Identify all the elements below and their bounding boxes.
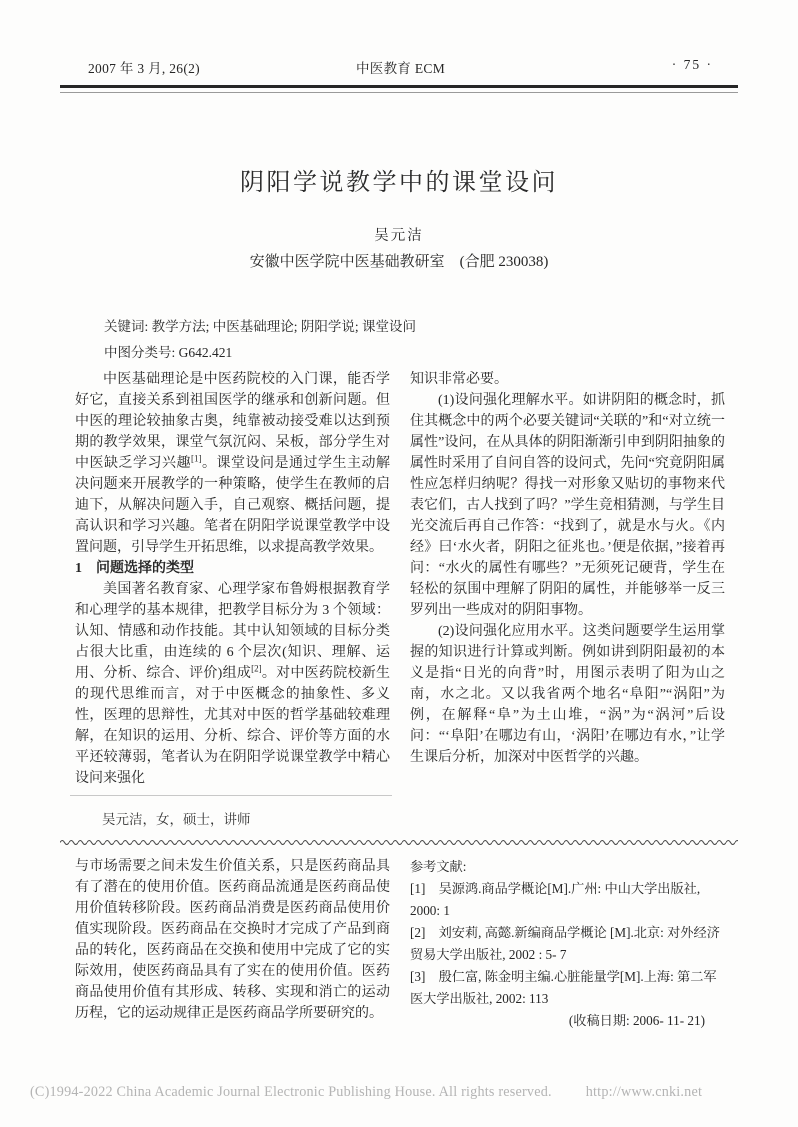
paragraph-text: 。对中医药院校新生的现代思维而言，对于中医概念的抽象性、多义性，医理的思辩性，尤… bbox=[75, 666, 390, 786]
references-label: 参考文献: bbox=[410, 856, 725, 878]
journal-page: 2007 年 3 月, 26(2) 中医教育 ECM · 75 · 阴阳学说教学… bbox=[0, 0, 798, 1127]
references-column: 参考文献: [1] 吴源鸿.商品学概论[M].广州: 中山大学出版社, 2000… bbox=[410, 856, 725, 1032]
header-rule-thick bbox=[60, 85, 738, 88]
wavy-divider bbox=[60, 837, 738, 845]
header-rule-thin bbox=[60, 92, 738, 93]
citation-marker: [2] bbox=[251, 663, 262, 673]
paragraph: 美国著名教育家、心理学家布鲁姆根据教育学和心理学的基本规律，把教学目标分为 3 … bbox=[75, 579, 390, 789]
page-number: · 75 · bbox=[672, 57, 713, 73]
footer-watermark: (C)1994-2022 China Academic Journal Elec… bbox=[30, 1084, 782, 1101]
keywords-line: 关键词: 教学方法; 中医基础理论; 阴阳学说; 课堂设问 bbox=[104, 315, 416, 335]
paragraph: 中医基础理论是中医药院校的入门课，能否学好它，直接关系到祖国医学的继承和创新问题… bbox=[75, 369, 390, 558]
paragraph: 知识非常必要。 bbox=[410, 369, 725, 390]
previous-article-section: 与市场需要之间未发生价值关系，只是医药商品具有了潜在的使用价值。医药商品流通是医… bbox=[75, 856, 725, 1032]
citation-marker: [1] bbox=[191, 453, 202, 463]
prev-article-left-column: 与市场需要之间未发生价值关系，只是医药商品具有了潜在的使用价值。医药商品流通是医… bbox=[75, 856, 390, 1032]
footer-url: http://www.cnki.net bbox=[586, 1084, 702, 1100]
article-title: 阴阳学说教学中的课堂设问 bbox=[0, 162, 798, 197]
paragraph: (2)设问强化应用水平。这类问题要学生运用掌握的知识进行计算或判断。例如讲到阴阳… bbox=[410, 621, 725, 768]
clc-number-line: 中图分类号: G642.421 bbox=[104, 341, 232, 361]
left-column: 中医基础理论是中医药院校的入门课，能否学好它，直接关系到祖国医学的继承和创新问题… bbox=[75, 369, 390, 789]
section-heading: 1 问题选择的类型 bbox=[75, 558, 390, 579]
received-date: (收稿日期: 2006- 11- 21) bbox=[410, 1010, 725, 1032]
reference-item: [3] 殷仁富, 陈金明主编.心脏能量学[M].上海: 第二军医大学出版社, 2… bbox=[410, 966, 725, 1010]
footnote-divider bbox=[70, 795, 392, 796]
paragraph: (1)设问强化理解水平。如讲阴阳的概念时，抓住其概念中的两个必要关键词“关联的”… bbox=[410, 390, 725, 621]
author-bio-note: 吴元洁，女，硕士，讲师 bbox=[75, 808, 390, 828]
footer-copyright: (C)1994-2022 China Academic Journal Elec… bbox=[30, 1084, 552, 1100]
author-affiliation: 安徽中医学院中医基础教研室 (合肥 230038) bbox=[0, 250, 798, 271]
reference-item: [1] 吴源鸿.商品学概论[M].广州: 中山大学出版社, 2000: 1 bbox=[410, 878, 725, 922]
article-body: 中医基础理论是中医药院校的入门课，能否学好它，直接关系到祖国医学的继承和创新问题… bbox=[75, 369, 725, 789]
author-name: 吴元洁 bbox=[0, 224, 798, 245]
reference-item: [2] 刘安莉, 高懿.新编商品学概论 [M].北京: 对外经济贸易大学出版社,… bbox=[410, 922, 725, 966]
right-column: 知识非常必要。 (1)设问强化理解水平。如讲阴阳的概念时，抓住其概念中的两个必要… bbox=[410, 369, 725, 789]
continuation-paragraph: 与市场需要之间未发生价值关系，只是医药商品具有了潜在的使用价值。医药商品流通是医… bbox=[75, 856, 390, 1024]
journal-name: 中医教育 ECM bbox=[88, 57, 713, 77]
